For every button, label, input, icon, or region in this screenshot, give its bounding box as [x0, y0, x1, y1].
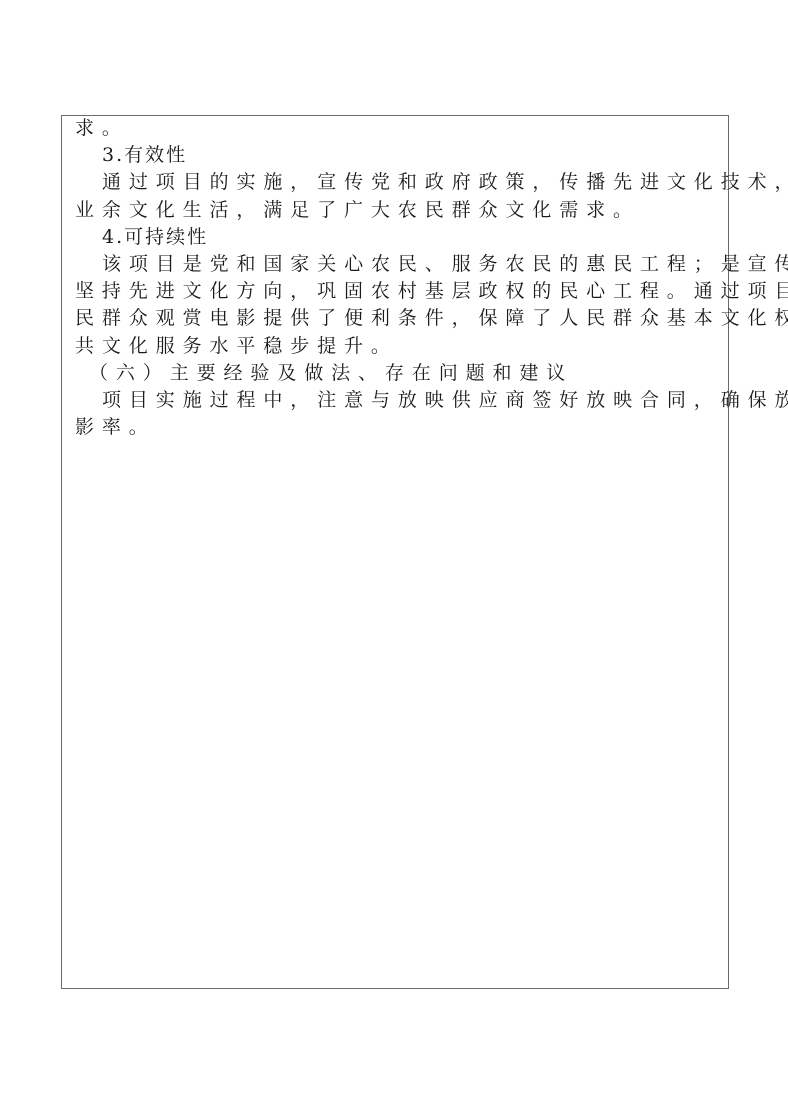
paragraph-sustainability-line-2: 坚持先进文化方向，巩固农村基层政权的民心工程。通过项目的实施，为人 — [75, 278, 735, 305]
paragraph-experience-line-1: 项目实施过程中，注意与放映供应商签好放映合同，确保放映质量和观 — [75, 387, 735, 414]
section-heading-effectiveness: 3.有效性 — [75, 142, 735, 169]
paragraph-sustainability-line-1: 该项目是党和国家关心农民、服务农民的惠民工程；是宣传党的政策， — [75, 251, 735, 278]
continuation-line: 求。 — [75, 115, 735, 142]
section-heading-sustainability: 4.可持续性 — [75, 224, 735, 251]
paragraph-effectiveness-line-2: 业余文化生活，满足了广大农民群众文化需求。 — [75, 197, 735, 224]
section-heading-experience: （六）主要经验及做法、存在问题和建议 — [75, 360, 735, 387]
paragraph-sustainability-line-3: 民群众观赏电影提供了便利条件，保障了人民群众基本文化权益，使基本公 — [75, 305, 735, 332]
paragraph-sustainability-line-4: 共文化服务水平稳步提升。 — [75, 333, 735, 360]
document-body: 求。 3.有效性 通过项目的实施，宣传党和政府政策，传播先进文化技术，丰富了农民… — [75, 115, 735, 441]
paragraph-experience-line-2: 影率。 — [75, 414, 735, 441]
document-page: 求。 3.有效性 通过项目的实施，宣传党和政府政策，传播先进文化技术，丰富了农民… — [0, 0, 788, 1118]
paragraph-effectiveness-line-1: 通过项目的实施，宣传党和政府政策，传播先进文化技术，丰富了农民 — [75, 169, 735, 196]
